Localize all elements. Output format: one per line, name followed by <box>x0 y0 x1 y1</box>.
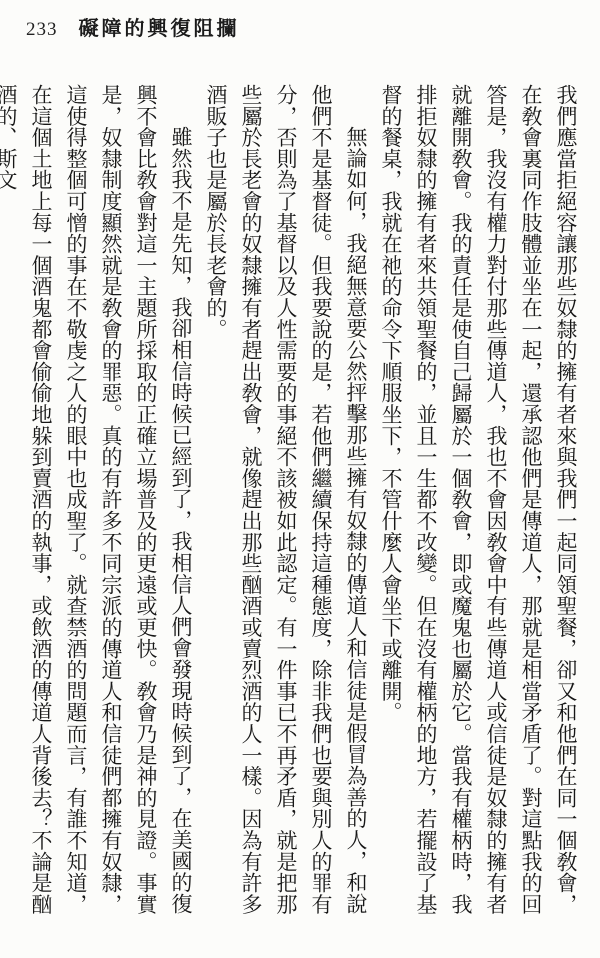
page-body-text: 我們應當拒絕容讓那些奴隸的擁有者來與我們一起同領聖餐，卻又和他們在同一個敎會，在… <box>0 84 583 932</box>
paragraph-2: 無論如何，我絕無意要公然抨擊那些擁有奴隸的傳道人和信徒是假冒為善的人，和說他們不… <box>198 84 373 932</box>
paragraph-1: 我們應當拒絕容讓那些奴隸的擁有者來與我們一起同領聖餐，卻又和他們在同一個敎會，在… <box>373 84 583 932</box>
book-page: 233 礙障的興復阻攔 我們應當拒絕容讓那些奴隸的擁有者來與我們一起同領聖餐，卻… <box>0 0 600 958</box>
running-title: 礙障的興復阻攔 <box>79 12 240 41</box>
running-header: 233 礙障的興復阻攔 <box>26 12 240 41</box>
paragraph-3: 雖然我不是先知，我卻相信時候已經到了，我相信人們會發現時候到了，在美國的復興不會… <box>0 84 198 932</box>
page-number: 233 <box>26 19 58 41</box>
